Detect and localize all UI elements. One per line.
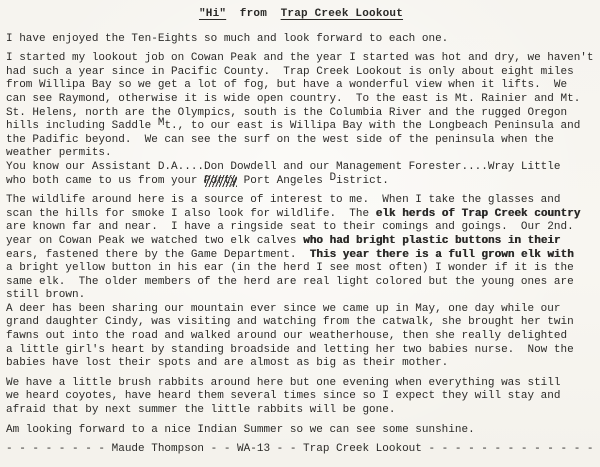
text-segment: had such a year since in Pacific County.… xyxy=(6,66,574,78)
text-line: from Willipa Bay so we get a lot of fog,… xyxy=(6,79,596,93)
text-segment: year on Cowan Peak we watched two elk ca… xyxy=(6,235,303,247)
text-segment: The wildlife around here is a source of … xyxy=(6,194,561,206)
text-line: the Padific beyond. We can see the surf … xyxy=(6,134,596,148)
text-segment: the Padific beyond. We can see the surf … xyxy=(6,134,554,146)
text-line: The wildlife around here is a source of … xyxy=(6,194,596,208)
text-segment: I have enjoyed the Ten-Eights so much an… xyxy=(6,33,448,45)
text-line: a bright yellow button in his ear (in th… xyxy=(6,262,596,276)
text-line: I have enjoyed the Ten-Eights so much an… xyxy=(6,33,596,47)
text-line: A deer has been sharing our mountain eve… xyxy=(6,303,596,317)
paragraph: I have enjoyed the Ten-Eights so much an… xyxy=(6,33,596,47)
struck-out-text: Porty xyxy=(204,175,237,187)
text-segment: We have a little brush rabbits around he… xyxy=(6,377,561,389)
raised-text: M xyxy=(158,117,165,131)
text-line: afraid that by next summer the little ra… xyxy=(6,404,596,418)
text-line: babies have lost their spots and are alm… xyxy=(6,357,596,371)
text-line: who both came to us from your Porty Port… xyxy=(6,175,596,189)
text-segment: Port Angeles xyxy=(237,175,329,187)
text-segment: from xyxy=(226,8,280,20)
text-line: Am looking forward to a nice Indian Summ… xyxy=(6,424,596,438)
text-line: we heard coyotes, have heard them severa… xyxy=(6,390,596,404)
text-segment: a little girl's heart by standing broads… xyxy=(6,344,574,356)
text-line: ears, fastened there by the Game Departm… xyxy=(6,249,596,263)
raised-text: D xyxy=(329,172,336,186)
text-line: weather permits. xyxy=(6,147,596,161)
text-segment: hills including Saddle xyxy=(6,120,158,132)
text-line: I started my lookout job on Cowan Peak a… xyxy=(6,52,596,66)
text-line: fawns out into the road and walked aroun… xyxy=(6,330,596,344)
text-segment: from Willipa Bay so we get a lot of fog,… xyxy=(6,79,567,91)
text-line: St. Helens, north are the Olympics, sout… xyxy=(6,107,596,121)
text-segment: I started my lookout job on Cowan Peak a… xyxy=(6,52,594,64)
text-line: same elk. The older members of the herd … xyxy=(6,276,596,290)
text-segment: scan the hills for smoke I also look for… xyxy=(6,208,376,220)
text-segment: grand daughter Cindy, was visiting and w… xyxy=(6,316,574,328)
text-segment: fawns out into the road and walked aroun… xyxy=(6,330,567,342)
text-line: can see Raymond, otherwise it is wide op… xyxy=(6,93,596,107)
underlined-text: Trap Creek Lookout xyxy=(281,8,403,20)
text-line: You know our Assistant D.A....Don Dowdel… xyxy=(6,161,596,175)
overstruck-bold-text: elk herds of Trap Creek country xyxy=(376,208,581,220)
text-line: scan the hills for smoke I also look for… xyxy=(6,208,596,222)
text-line: are known far and near. I have a ringsid… xyxy=(6,221,596,235)
text-segment: Am looking forward to a nice Indian Summ… xyxy=(6,424,475,436)
text-segment: we heard coyotes, have heard them severa… xyxy=(6,390,561,402)
text-segment: who both came to us from your xyxy=(6,175,204,187)
text-segment: ears, fastened there by the Game Departm… xyxy=(6,249,310,261)
text-line: still brown. xyxy=(6,289,596,303)
text-segment: St. Helens, north are the Olympics, sout… xyxy=(6,107,567,119)
document-body: I have enjoyed the Ten-Eights so much an… xyxy=(6,33,596,438)
text-segment: babies have lost their spots and are alm… xyxy=(6,357,448,369)
text-line: grand daughter Cindy, was visiting and w… xyxy=(6,316,596,330)
paragraph: We have a little brush rabbits around he… xyxy=(6,377,596,418)
text-line: had such a year since in Pacific County.… xyxy=(6,66,596,80)
text-segment: are known far and near. I have a ringsid… xyxy=(6,221,574,233)
text-line: a little girl's heart by standing broads… xyxy=(6,344,596,358)
text-segment: You know our Assistant D.A....Don Dowdel… xyxy=(6,161,561,173)
text-segment: still brown. xyxy=(6,289,85,301)
text-segment: a bright yellow button in his ear (in th… xyxy=(6,262,574,274)
text-line: We have a little brush rabbits around he… xyxy=(6,377,596,391)
document-title: "Hi" from Trap Creek Lookout xyxy=(6,8,596,22)
text-segment: A deer has been sharing our mountain eve… xyxy=(6,303,561,315)
text-segment: same elk. The older members of the herd … xyxy=(6,276,574,288)
paragraph: The wildlife around here is a source of … xyxy=(6,194,596,371)
underlined-text: "Hi" xyxy=(199,8,226,20)
paragraph: I started my lookout job on Cowan Peak a… xyxy=(6,52,596,188)
text-line: hills including Saddle Mt., to our east … xyxy=(6,120,596,134)
document-page: "Hi" from Trap Creek Lookout I have enjo… xyxy=(0,0,600,467)
text-segment: istrict. xyxy=(336,175,389,187)
text-segment: can see Raymond, otherwise it is wide op… xyxy=(6,93,580,105)
text-segment: weather permits. xyxy=(6,147,112,159)
overstruck-bold-text: This year there is a full grown elk with xyxy=(310,249,574,261)
text-line: year on Cowan Peak we watched two elk ca… xyxy=(6,235,596,249)
text-segment: t., to our east is Willipa Bay with the … xyxy=(164,120,580,132)
signature-line: - - - - - - - - Maude Thompson - - WA-13… xyxy=(6,443,596,457)
text-segment: afraid that by next summer the little ra… xyxy=(6,404,395,416)
overstruck-bold-text: who had bright plastic buttons in their xyxy=(303,235,560,247)
paragraph: Am looking forward to a nice Indian Summ… xyxy=(6,424,596,438)
